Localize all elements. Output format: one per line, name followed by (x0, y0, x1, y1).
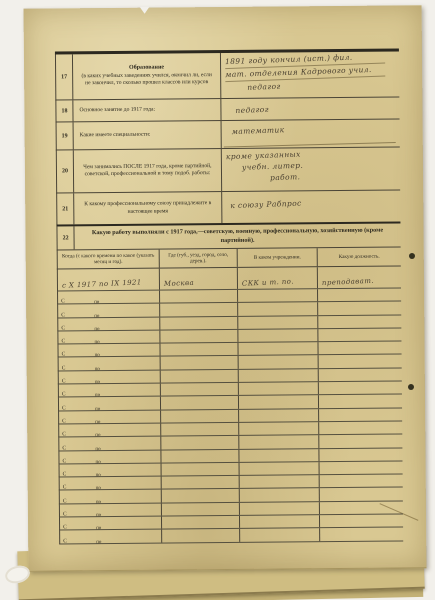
work-table-empty-rows: С по С по С по С по С по (57, 288, 403, 544)
handwritten-position: преподават. (322, 277, 374, 287)
paper-notch (140, 7, 150, 14)
section-22-header: 22 Какую работу выполняли с 1917 года,—с… (56, 221, 400, 250)
question-answer-area: к союзу Рабпрос (222, 190, 400, 223)
row-from-label: С (63, 538, 67, 544)
handwritten-answer: математик (231, 121, 395, 139)
question-text: Чем занимались ПОСЛЕ 1917 года, кроме па… (74, 149, 222, 192)
question-row: 20 Чем занимались ПОСЛЕ 1917 года, кроме… (56, 147, 400, 193)
question-number: 19 (57, 122, 74, 149)
handwritten-answer: к союзу Рабпрос (230, 195, 396, 213)
question-answer-area: математик (222, 119, 400, 148)
question-number: 22 (57, 226, 74, 249)
question-text: К какому профессиональному союзу принадл… (74, 192, 222, 224)
questionnaire-form: 17 Образование(в каких учебных заведения… (55, 48, 403, 544)
column-header: Когда (с какого времени по какое (указат… (58, 250, 160, 269)
hole-punch-mark (408, 384, 414, 390)
handwritten-answer: педагог (235, 100, 395, 118)
question-row: 21 К какому профессиональному союзу прин… (56, 190, 400, 224)
question-text: Образование(в каких учебных заведениях у… (73, 53, 221, 99)
question-number: 17 (56, 54, 73, 99)
handwritten-where: Москва (164, 279, 194, 288)
question-answer-area: 1891 году кончил (ист.) фил.мат. отделен… (221, 51, 399, 98)
column-header: В каком учреждении. (238, 248, 318, 267)
question-row: 18 Основное занятие до 1917 года: педаго… (55, 97, 399, 122)
document-page: 17 Образование(в каких учебных заведения… (24, 5, 427, 571)
section-22-title: Какую работу выполняли с 1917 года,—сове… (74, 223, 400, 249)
question-number: 21 (57, 193, 74, 224)
question-text: Основное занятие до 1917 года: (73, 99, 221, 121)
scanned-document-scene: 17 Образование(в каких учебных заведения… (0, 0, 435, 600)
question-row: 19 Какие имеете специальности: математик (56, 119, 400, 150)
column-header: Где (губ., уезд, город, село, дерев.). (160, 249, 238, 268)
handwritten-when: с X 1917 по IX 1921 (62, 278, 142, 289)
work-table-filled-row: с X 1917 по IX 1921 Москва СКК и т. по. … (57, 266, 401, 291)
question-number: 20 (57, 150, 74, 192)
hole-punch-mark (409, 253, 415, 259)
column-header: Какую должность. (318, 247, 401, 266)
handwritten-institution: СКК и т. по. (242, 277, 294, 287)
question-answer-area: педагог (221, 97, 399, 120)
question-answer-area: кроме указанныхучебн. литер.работ. (222, 147, 400, 191)
work-table-empty-row: С по (59, 528, 403, 544)
row-to-label: по (96, 540, 101, 545)
question-text: Какие имеете специальности: (74, 121, 222, 149)
question-number: 18 (56, 100, 73, 121)
questions: 17 Образование(в каких учебных заведения… (55, 48, 400, 224)
question-row: 17 Образование(в каких учебных заведения… (55, 51, 399, 100)
